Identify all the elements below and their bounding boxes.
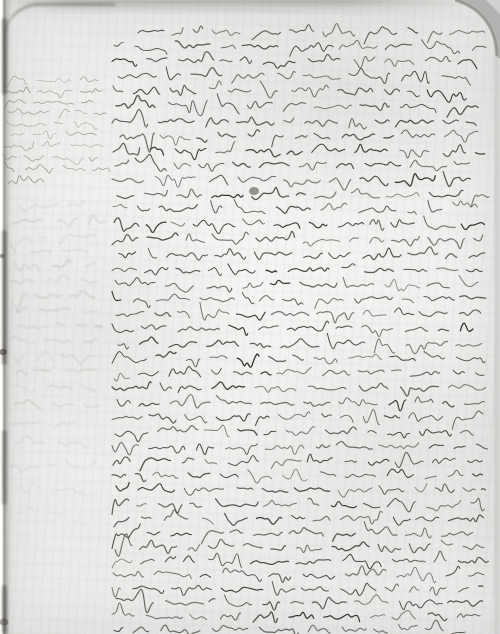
- handwriting-word-stroke: [331, 502, 356, 508]
- handwriting-word-stroke: [425, 476, 436, 479]
- handwriting-word-stroke: [82, 386, 97, 392]
- handwriting-word-stroke: [437, 268, 458, 271]
- handwriting-word-stroke: [278, 412, 310, 419]
- ink-blot: [0, 254, 5, 258]
- handwriting-word-stroke: [325, 427, 356, 434]
- handwriting-word-stroke: [354, 595, 388, 605]
- handwriting-word-stroke: [365, 268, 394, 272]
- handwriting-word-stroke: [80, 89, 102, 93]
- handwriting-word-stroke: [149, 414, 176, 423]
- handwriting-word-stroke: [141, 517, 151, 518]
- handwriting-word-stroke: [312, 144, 345, 152]
- handwriting-word-stroke: [453, 370, 464, 374]
- handwriting-word-stroke: [359, 206, 396, 213]
- manuscript-scan: [0, 0, 500, 634]
- handwriting-word-stroke: [112, 352, 147, 364]
- handwriting-word-stroke: [188, 544, 200, 551]
- handwriting-word-stroke: [52, 156, 83, 164]
- handwriting-word-stroke: [363, 248, 401, 260]
- handwriting-word-stroke: [209, 175, 228, 185]
- handwriting-word-stroke: [324, 614, 360, 621]
- handwriting-word-stroke: [308, 54, 340, 61]
- handwriting-word-stroke: [408, 212, 417, 215]
- handwriting-word-stroke: [248, 130, 259, 136]
- handwriting-word-stroke: [116, 483, 129, 491]
- handwriting-word-stroke: [287, 151, 302, 155]
- handwriting-word-stroke: [446, 254, 457, 259]
- handwriting-word-stroke: [385, 584, 399, 591]
- handwriting-word-stroke: [293, 355, 304, 360]
- handwriting-word-stroke: [89, 157, 98, 161]
- handwriting-word-stroke: [238, 176, 276, 182]
- handwriting-word-stroke: [179, 52, 214, 63]
- handwriting-word-stroke: [133, 627, 149, 633]
- handwriting-word-stroke: [304, 402, 330, 406]
- handwriting-word-stroke: [188, 473, 210, 478]
- handwriting-word-stroke: [362, 326, 393, 337]
- handwriting-word-stroke: [425, 56, 450, 61]
- handwriting-word-stroke: [336, 442, 372, 450]
- handwriting-word-stroke: [80, 77, 98, 82]
- handwriting-word-stroke: [339, 398, 378, 406]
- handwriting-word-stroke: [322, 370, 350, 376]
- handwriting-word-stroke: [184, 488, 223, 495]
- handwriting-word-stroke: [460, 296, 486, 299]
- handwriting-word-stroke: [209, 81, 221, 89]
- handwriting-word-stroke: [408, 91, 420, 97]
- handwriting-word-stroke: [112, 588, 120, 597]
- bleedthrough-handwriting: [10, 201, 106, 521]
- handwriting-word-stroke: [305, 120, 338, 126]
- handwriting-word-stroke: [463, 545, 484, 550]
- handwriting-word-stroke: [297, 545, 322, 552]
- handwriting-word-stroke: [448, 470, 463, 476]
- handwriting-word-stroke: [112, 524, 140, 549]
- handwriting-word-stroke: [349, 119, 367, 129]
- handwriting-word-stroke: [430, 587, 446, 595]
- handwriting-word-stroke: [355, 144, 387, 152]
- handwriting-word-stroke: [170, 85, 196, 95]
- handwriting-word-stroke: [161, 625, 200, 634]
- handwriting-word-stroke: [303, 574, 335, 579]
- handwriting-word-stroke: [149, 446, 185, 453]
- handwriting-word-stroke: [429, 445, 443, 449]
- handwriting-word-stroke: [112, 474, 126, 477]
- handwriting-word-stroke: [86, 310, 97, 312]
- handwriting-word-stroke: [208, 268, 221, 276]
- handwriting-word-stroke: [6, 121, 46, 127]
- handwriting-word-stroke: [384, 136, 394, 138]
- handwriting-word-stroke: [409, 413, 443, 422]
- handwriting-word-stroke: [250, 343, 270, 347]
- handwriting-word-stroke: [287, 321, 328, 331]
- handwriting-word-stroke: [307, 454, 332, 462]
- handwriting-word-stroke: [374, 629, 388, 633]
- handwriting-word-stroke: [114, 42, 123, 46]
- handwriting-word-stroke: [63, 165, 86, 170]
- handwriting-word-stroke: [427, 500, 461, 510]
- handwriting-word-stroke: [453, 201, 478, 207]
- handwriting-word-stroke: [114, 628, 123, 632]
- handwriting-word-stroke: [427, 90, 466, 102]
- handwriting-word-stroke: [475, 153, 484, 154]
- handwriting-word-stroke: [392, 236, 420, 245]
- handwriting-word-stroke: [133, 586, 164, 593]
- handwriting-word-stroke: [441, 540, 452, 545]
- handwriting-word-stroke: [395, 452, 423, 467]
- handwriting-word-stroke: [400, 600, 443, 610]
- handwriting-word-stroke: [283, 180, 320, 187]
- handwriting-word-stroke: [406, 528, 432, 538]
- handwriting-word-stroke: [86, 262, 95, 266]
- handwriting-word-stroke: [386, 192, 419, 197]
- handwriting-word-stroke: [200, 574, 210, 577]
- handwriting-word-stroke: [454, 446, 465, 448]
- handwriting-word-stroke: [225, 595, 252, 606]
- handwriting-word-stroke: [395, 308, 414, 315]
- handwriting-word-stroke: [385, 44, 411, 49]
- handwriting-word-stroke: [291, 515, 304, 518]
- handwriting-word-stroke: [41, 141, 60, 146]
- handwriting-word-stroke: [68, 201, 85, 206]
- handwriting-word-stroke: [66, 132, 96, 135]
- handwriting-word-stroke: [113, 204, 127, 207]
- handwriting-word-stroke: [370, 220, 384, 230]
- handwriting-word-stroke: [442, 532, 473, 537]
- handwriting-word-stroke: [220, 60, 232, 62]
- handwriting-word-stroke: [112, 603, 134, 616]
- handwriting-word-stroke: [388, 432, 410, 438]
- handwriting-word-stroke: [429, 190, 463, 197]
- handwriting-word-stroke: [155, 313, 171, 317]
- handwriting-word-stroke: [261, 402, 294, 405]
- handwriting-word-stroke: [178, 386, 201, 393]
- handwriting-word-stroke: [147, 532, 160, 535]
- handwriting-word-stroke: [327, 333, 365, 348]
- handwriting-word-stroke: [255, 386, 296, 392]
- handwriting-word-stroke: [482, 489, 486, 490]
- handwriting-word-stroke: [395, 174, 435, 186]
- handwriting-word-stroke: [254, 252, 292, 259]
- handwriting-word-stroke: [81, 100, 92, 102]
- handwriting-word-stroke: [158, 504, 182, 513]
- handwriting-word-stroke: [339, 40, 377, 49]
- handwriting-word-stroke: [216, 141, 235, 152]
- handwriting-word-stroke: [355, 297, 393, 303]
- handwriting-word-stroke: [345, 461, 357, 463]
- handwriting-word-stroke: [57, 219, 77, 227]
- handwriting-word-stroke: [233, 162, 251, 167]
- handwriting-word-stroke: [400, 150, 429, 158]
- handwriting-word-stroke: [457, 614, 480, 618]
- handwriting-word-stroke: [211, 201, 222, 213]
- handwriting-word-stroke: [228, 456, 258, 466]
- handwriting-word-stroke: [251, 561, 289, 565]
- handwriting-word-stroke: [336, 326, 352, 328]
- handwriting-word-stroke: [212, 195, 243, 198]
- handwriting-word-stroke: [177, 189, 202, 197]
- handwriting-word-stroke: [205, 460, 217, 464]
- handwriting-word-stroke: [270, 280, 289, 284]
- handwriting-word-stroke: [184, 556, 195, 562]
- handwriting-word-stroke: [171, 222, 185, 226]
- handwriting-word-stroke: [261, 372, 271, 375]
- handwriting-word-stroke: [112, 291, 121, 300]
- handwriting-word-stroke: [246, 149, 280, 157]
- handwriting-word-stroke: [112, 499, 129, 514]
- handwriting-word-stroke: [113, 457, 130, 465]
- handwriting-word-stroke: [452, 632, 465, 634]
- handwriting-word-stroke: [221, 587, 262, 592]
- handwriting-word-stroke: [443, 172, 470, 187]
- handwriting-word-stroke: [247, 102, 272, 109]
- handwriting-word-stroke: [286, 427, 315, 436]
- handwriting-word-stroke: [308, 625, 330, 633]
- handwriting-word-stroke: [336, 164, 353, 169]
- handwriting-word-stroke: [424, 216, 455, 229]
- handwriting-word-stroke: [477, 444, 488, 449]
- handwriting-word-stroke: [114, 373, 130, 381]
- margin-note-handwriting: [3, 76, 110, 183]
- handwriting-word-stroke: [202, 518, 213, 524]
- handwriting-word-stroke: [432, 458, 455, 463]
- handwriting-word-stroke: [314, 105, 352, 109]
- handwriting-word-stroke: [69, 291, 95, 298]
- handwriting-word-stroke: [349, 354, 382, 359]
- handwriting-word-stroke: [309, 222, 327, 227]
- handwriting-word-stroke: [263, 61, 295, 68]
- ink-blot: [249, 187, 259, 195]
- handwriting-word-stroke: [401, 130, 434, 137]
- handwriting-word-stroke: [138, 206, 150, 211]
- handwriting-word-stroke: [77, 515, 82, 521]
- handwriting-word-stroke: [409, 544, 430, 553]
- handwriting-word-stroke: [16, 237, 32, 245]
- handwriting-word-stroke: [420, 429, 452, 436]
- handwriting-word-stroke: [45, 339, 72, 343]
- handwriting-word-stroke: [459, 310, 480, 315]
- handwriting-word-stroke: [175, 41, 210, 48]
- handwriting-word-stroke: [434, 551, 446, 562]
- handwriting-word-stroke: [379, 486, 404, 495]
- handwriting-word-stroke: [60, 233, 96, 244]
- handwriting-word-stroke: [148, 249, 157, 259]
- handwriting-word-stroke: [170, 395, 210, 408]
- handwriting-word-stroke: [176, 268, 200, 272]
- handwriting-word-stroke: [218, 132, 235, 137]
- handwriting-word-stroke: [299, 162, 326, 170]
- handwriting-word-stroke: [343, 278, 373, 288]
- handwriting-word-stroke: [272, 135, 284, 147]
- handwriting-word-stroke: [257, 517, 282, 524]
- handwriting-word-stroke: [215, 249, 246, 259]
- handwriting-word-stroke: [36, 351, 54, 361]
- handwriting-word-stroke: [424, 352, 445, 359]
- handwriting-word-stroke: [397, 567, 436, 582]
- handwriting-word-stroke: [113, 571, 143, 577]
- handwriting-word-stroke: [447, 106, 478, 117]
- handwriting-word-stroke: [370, 237, 384, 243]
- handwriting-word-stroke: [159, 205, 197, 212]
- handwriting-word-stroke: [10, 133, 25, 136]
- handwriting-word-stroke: [156, 294, 189, 301]
- handwriting-word-stroke: [466, 122, 476, 125]
- handwriting-word-stroke: [314, 358, 337, 364]
- handwriting-word-stroke: [221, 45, 236, 48]
- handwriting-word-stroke: [242, 45, 277, 49]
- handwriting-word-stroke: [118, 73, 157, 78]
- handwriting-word-stroke: [292, 85, 329, 97]
- handwriting-word-stroke: [190, 503, 202, 507]
- handwriting-word-stroke: [392, 610, 415, 619]
- handwriting-word-stroke: [212, 30, 240, 35]
- handwriting-word-stroke: [379, 443, 419, 449]
- handwriting-word-stroke: [443, 402, 455, 407]
- handwriting-word-stroke: [150, 147, 163, 155]
- handwriting-word-stroke: [403, 299, 414, 303]
- handwriting-word-stroke: [147, 233, 178, 240]
- handwriting-word-stroke: [89, 215, 106, 225]
- handwriting-word-stroke: [271, 546, 286, 550]
- handwriting-word-stroke: [147, 58, 167, 62]
- handwriting-word-stroke: [456, 357, 485, 363]
- handwriting-word-stroke: [410, 160, 447, 170]
- handwriting-word-stroke: [301, 587, 328, 591]
- handwriting-word-stroke: [112, 235, 138, 245]
- handwriting-word-stroke: [216, 414, 250, 421]
- handwriting-word-stroke: [37, 91, 71, 98]
- handwriting-word-stroke: [385, 89, 400, 94]
- handwriting-word-stroke: [300, 282, 337, 287]
- handwriting-word-stroke: [364, 503, 380, 507]
- handwriting-word-stroke: [314, 133, 330, 139]
- handwriting-word-stroke: [74, 122, 98, 130]
- handwriting-word-stroke: [296, 193, 305, 195]
- handwriting-word-stroke: [295, 136, 307, 139]
- handwriting-word-stroke: [223, 568, 262, 581]
- handwriting-word-stroke: [167, 253, 208, 260]
- handwriting-word-stroke: [303, 75, 340, 79]
- handwriting-word-stroke: [37, 78, 71, 82]
- handwriting-word-stroke: [33, 370, 50, 371]
- handwriting-word-stroke: [31, 251, 51, 253]
- handwriting-word-stroke: [228, 264, 255, 275]
- handwriting-word-stroke: [160, 383, 171, 391]
- handwriting-word-stroke: [390, 356, 415, 361]
- handwriting-word-stroke: [10, 336, 35, 343]
- handwriting-word-stroke: [237, 354, 259, 367]
- handwriting-word-stroke: [396, 120, 434, 127]
- handwriting-word-stroke: [153, 472, 178, 478]
- handwriting-word-stroke: [156, 352, 176, 357]
- handwriting-word-stroke: [26, 165, 54, 174]
- handwriting-word-stroke: [427, 283, 450, 288]
- handwriting-word-stroke: [230, 530, 243, 533]
- handwriting-word-stroke: [166, 67, 180, 80]
- main-body-handwriting: [112, 24, 489, 634]
- handwriting-word-stroke: [76, 324, 86, 326]
- handwriting-word-stroke: [315, 192, 336, 198]
- handwriting-word-stroke: [445, 130, 479, 142]
- handwriting-word-stroke: [145, 190, 168, 196]
- handwriting-word-stroke: [35, 294, 63, 298]
- handwriting-word-stroke: [368, 459, 389, 465]
- handwriting-word-stroke: [52, 488, 84, 493]
- handwriting-word-stroke: [59, 109, 70, 118]
- handwriting-word-stroke: [116, 589, 153, 612]
- handwriting-word-stroke: [345, 474, 375, 477]
- handwriting-word-stroke: [460, 430, 473, 435]
- handwriting-word-stroke: [220, 474, 238, 478]
- handwriting-word-stroke: [119, 252, 136, 258]
- handwriting-word-stroke: [84, 404, 99, 407]
- handwriting-word-stroke: [116, 312, 144, 317]
- handwriting-word-stroke: [385, 279, 420, 290]
- handwriting-word-stroke: [308, 386, 346, 390]
- handwriting-word-stroke: [425, 620, 443, 630]
- handwriting-word-stroke: [15, 325, 46, 328]
- handwriting-word-stroke: [11, 280, 33, 284]
- handwriting-word-stroke: [402, 71, 430, 83]
- handwriting-word-stroke: [428, 201, 442, 212]
- handwriting-word-stroke: [169, 100, 208, 116]
- handwriting-word-stroke: [40, 308, 70, 310]
- handwriting-word-stroke: [113, 86, 123, 92]
- handwriting-word-stroke: [190, 614, 207, 620]
- handwriting-word-stroke: [75, 110, 88, 113]
- handwriting-word-stroke: [6, 76, 27, 87]
- handwriting-word-stroke: [288, 268, 329, 272]
- handwriting-word-stroke: [342, 264, 355, 268]
- handwriting-word-stroke: [259, 326, 279, 330]
- handwriting-word-stroke: [317, 312, 354, 323]
- handwriting-word-stroke: [139, 403, 159, 406]
- handwriting-word-stroke: [404, 269, 427, 271]
- handwriting-word-stroke: [5, 100, 26, 108]
- handwriting-word-stroke: [141, 559, 155, 564]
- handwriting-word-stroke: [304, 253, 323, 258]
- handwriting-word-stroke: [446, 566, 460, 576]
- handwriting-word-stroke: [408, 28, 418, 33]
- handwriting-word-stroke: [138, 371, 158, 375]
- handwriting-word-stroke: [94, 113, 106, 115]
- handwriting-word-stroke: [212, 232, 248, 244]
- handwriting-word-stroke: [225, 513, 248, 525]
- handwriting-word-stroke: [303, 240, 340, 247]
- handwriting-word-stroke: [374, 339, 394, 353]
- handwriting-word-stroke: [243, 282, 263, 288]
- handwriting-word-stroke: [229, 325, 248, 335]
- handwriting-word-stroke: [359, 383, 388, 391]
- handwriting-word-stroke: [115, 160, 129, 166]
- handwriting-word-stroke: [294, 488, 329, 492]
- handwriting-word-stroke: [316, 445, 330, 448]
- handwriting-word-stroke: [476, 373, 484, 376]
- handwriting-word-stroke: [349, 68, 390, 83]
- handwriting-word-stroke: [442, 76, 471, 86]
- handwriting-word-stroke: [458, 557, 488, 563]
- handwriting-word-stroke: [3, 155, 17, 160]
- handwriting-layer: [0, 0, 500, 634]
- handwriting-word-stroke: [186, 234, 204, 242]
- handwriting-word-stroke: [4, 141, 34, 151]
- handwriting-word-stroke: [360, 103, 389, 110]
- handwriting-word-stroke: [240, 57, 252, 63]
- handwriting-word-stroke: [449, 385, 486, 390]
- handwriting-word-stroke: [469, 573, 484, 576]
- handwriting-word-stroke: [216, 396, 251, 404]
- handwriting-word-stroke: [315, 298, 343, 308]
